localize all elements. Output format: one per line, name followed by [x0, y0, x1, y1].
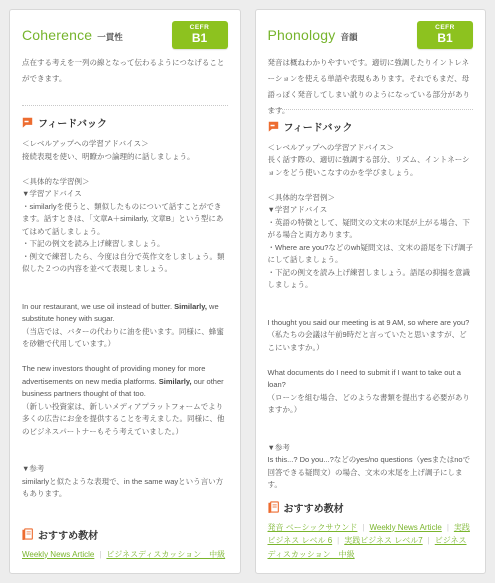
book-icon: [268, 501, 279, 513]
title-row: Coherence 一貫性: [22, 27, 123, 43]
feedback-line: ・similarlyを使うと、類似したものについて話すことができます。話すときは…: [22, 201, 228, 239]
feedback-line: I thought you said our meeting is at 9 A…: [268, 317, 474, 330]
feedback-body: ＜レベルアップへの学習アドバイス＞接続表現を使い、明瞭かつ論理的に話しましょう。…: [22, 138, 228, 501]
material-link[interactable]: ビジネスディスカッション 中級: [106, 550, 225, 559]
materials-heading-label: おすすめ教材: [38, 527, 98, 542]
feedback-heading-label: フィードバック: [38, 115, 107, 130]
material-link[interactable]: 実践ビジネス レベル7: [344, 536, 422, 545]
feedback-gap: [268, 417, 474, 430]
feedback-body: ＜レベルアップへの学習アドバイス＞長く話す際の、適切に強調する部分、リズム、イン…: [268, 142, 474, 492]
speech-bubble-icon: [22, 117, 33, 128]
feedback-line: ・英語の特徴として、疑問文の文末の末尾が上がる場合、下がる場合と両方あります。: [268, 217, 474, 242]
feedback-gap: [22, 451, 228, 464]
link-separator: |: [362, 523, 364, 532]
feedback-gap: [22, 288, 228, 301]
dotted-divider: [268, 109, 474, 110]
feedback-line: ・下記の例文を読み上げ練習しましょう。語尾の抑揚を意識しましょう。: [268, 267, 474, 292]
card-header: Phonology 音韻 CEFR B1: [268, 10, 474, 50]
skill-cards-container: Coherence 一貫性 CEFR B1 点在する考えを一列の線となって伝わる…: [0, 0, 495, 583]
feedback-line: ＜レベルアップへの学習アドバイス＞: [22, 138, 228, 151]
feedback-gap: [268, 292, 474, 305]
card-header: Coherence 一貫性 CEFR B1: [22, 10, 228, 50]
link-separator: |: [337, 536, 339, 545]
feedback-line: ▼参考: [22, 463, 228, 476]
skill-subtitle-ja: 音韻: [340, 31, 357, 43]
material-link[interactable]: 発音 ベーシックサウンド: [268, 523, 358, 532]
cefr-badge: CEFR B1: [172, 21, 228, 49]
link-separator: |: [99, 550, 101, 559]
badge-level: B1: [437, 32, 452, 45]
coherence-card: Coherence 一貫性 CEFR B1 点在する考えを一列の線となって伝わる…: [9, 9, 241, 574]
feedback-gap: [268, 304, 474, 317]
feedback-line: ▼参考: [268, 442, 474, 455]
cefr-badge: CEFR B1: [417, 21, 473, 49]
skill-subtitle-ja: 一貫性: [97, 31, 123, 43]
feedback-line: ▼学習アドバイス: [268, 204, 474, 217]
feedback-line: ・Where are you?などのwh疑問文は、文末の語尾を下げ調子にして話し…: [268, 242, 474, 267]
feedback-heading-label: フィードバック: [284, 119, 353, 134]
feedback-line: ・例文で練習したら、今度は自分で英作文をしましょう。類似した２つの内容を並べて表…: [22, 251, 228, 276]
feedback-heading: フィードバック: [268, 119, 474, 134]
skill-description: 発音は概ねわかりやすいです。適切に強調したりイントレネーションを使える単語や表現…: [268, 55, 474, 107]
feedback-line: similarlyと似たような表現で、in the same wayという言い方…: [22, 476, 228, 501]
feedback-line: （私たちの会議は午前9時だと言っていたと思いますが、どこにいますか。）: [268, 329, 474, 354]
skill-title: Phonology: [268, 27, 336, 43]
skill-title: Coherence: [22, 27, 92, 43]
materials-links: Weekly News Article|ビジネスディスカッション 中級: [22, 548, 228, 562]
feedback-gap: [22, 351, 228, 364]
feedback-gap: [22, 276, 228, 289]
phonology-card: Phonology 音韻 CEFR B1 発音は概ねわかりやすいです。適切に強調…: [255, 9, 487, 574]
material-link[interactable]: Weekly News Article: [22, 550, 94, 559]
feedback-line: （当店では、バターの代わりに油を使います。同様に、蜂蜜を砂糖で代用しています。）: [22, 326, 228, 351]
link-separator: |: [447, 523, 449, 532]
dotted-divider: [22, 105, 228, 106]
feedback-gap: [22, 163, 228, 176]
materials-heading-label: おすすめ教材: [284, 500, 344, 515]
materials-heading: おすすめ教材: [268, 500, 474, 515]
feedback-line: What documents do I need to submit if I …: [268, 367, 474, 392]
feedback-line: ▼学習アドバイス: [22, 188, 228, 201]
book-icon: [22, 528, 33, 540]
feedback-line: The new investors thought of providing m…: [22, 363, 228, 401]
feedback-line: In our restaurant, we use oil instead of…: [22, 301, 228, 326]
materials-section: おすすめ教材 Weekly News Article|ビジネスディスカッション …: [22, 519, 228, 562]
feedback-gap: [268, 179, 474, 192]
feedback-line: 接続表現を使い、明瞭かつ論理的に話しましょう。: [22, 151, 228, 164]
feedback-line: （新しい投資家は、新しいメディアプラットフォームでより多くの広告にお金を提供する…: [22, 401, 228, 439]
feedback-line: 長く話す際の、適切に強調する部分、リズム、イントネーションをどう使いこなすのかを…: [268, 154, 474, 179]
feedback-gap: [268, 429, 474, 442]
feedback-heading: フィードバック: [22, 115, 228, 130]
feedback-line: （ローンを組む場合、どのような書類を提出する必要がありますか。）: [268, 392, 474, 417]
feedback-line: Is this...? Do you...?などのyes/no question…: [268, 454, 474, 492]
feedback-gap: [268, 354, 474, 367]
skill-description: 点在する考えを一列の線となって伝わるようにつなげることができます。: [22, 55, 228, 103]
speech-bubble-icon: [268, 121, 279, 132]
materials-section: おすすめ教材 発音 ベーシックサウンド|Weekly News Article|…: [268, 492, 474, 562]
material-link[interactable]: Weekly News Article: [369, 523, 441, 532]
feedback-line: ＜レベルアップへの学習アドバイス＞: [268, 142, 474, 155]
materials-links: 発音 ベーシックサウンド|Weekly News Article|実践ビジネス …: [268, 521, 474, 562]
materials-heading: おすすめ教材: [22, 527, 228, 542]
feedback-line: ＜具体的な学習例＞: [22, 176, 228, 189]
link-separator: |: [428, 536, 430, 545]
feedback-line: ・下記の例文を読み上げ練習しましょう。: [22, 238, 228, 251]
feedback-gap: [22, 438, 228, 451]
badge-level: B1: [192, 32, 207, 45]
feedback-line: ＜具体的な学習例＞: [268, 192, 474, 205]
title-row: Phonology 音韻: [268, 27, 358, 43]
